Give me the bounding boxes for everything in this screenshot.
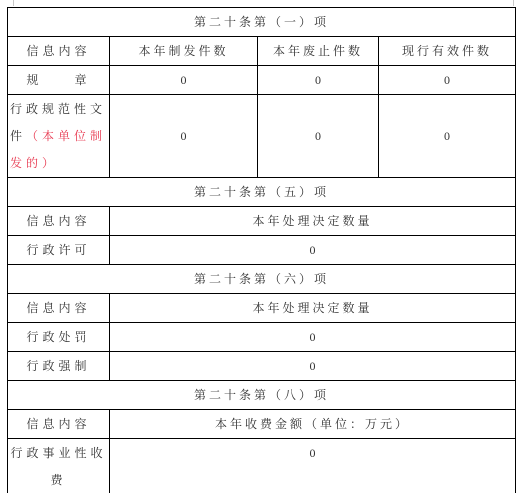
admin-penalty-value: 0 [110, 323, 516, 352]
section-title-1: 第二十条第（一）项 [8, 8, 516, 37]
header-valid-count: 现行有效件数 [379, 37, 516, 66]
regulations-valid: 0 [379, 66, 516, 95]
page-corner-mark-left [13, 0, 14, 6]
page-corner-mark-right [513, 0, 514, 6]
section-title-6: 第二十条第（六）项 [8, 265, 516, 294]
header-issued-count: 本年制发件数 [110, 37, 258, 66]
section-title-8: 第二十条第（八）项 [8, 381, 516, 410]
header-decision-count: 本年处理决定数量 [110, 207, 516, 236]
header-info-content: 信息内容 [8, 207, 110, 236]
disclosure-table: 第二十条第（一）项 信息内容 本年制发件数 本年废止件数 现行有效件数 规 章 … [7, 7, 516, 493]
header-info-content: 信息内容 [8, 37, 110, 66]
admin-fees-value: 0 [110, 439, 516, 493]
normative-docs-issued: 0 [110, 95, 258, 178]
regulations-issued: 0 [110, 66, 258, 95]
admin-license-value: 0 [110, 236, 516, 265]
row-label-admin-license: 行政许可 [8, 236, 110, 265]
header-info-content: 信息内容 [8, 410, 110, 439]
section-title-5: 第二十条第（五）项 [8, 178, 516, 207]
row-label-normative-docs: 行政规范性文件（本单位制发的） [8, 95, 110, 178]
row-label-admin-penalty: 行政处罚 [8, 323, 110, 352]
admin-enforcement-value: 0 [110, 352, 516, 381]
normative-docs-abolished: 0 [258, 95, 379, 178]
normative-docs-valid: 0 [379, 95, 516, 178]
header-abolished-count: 本年废止件数 [258, 37, 379, 66]
row-label-regulations: 规 章 [8, 66, 110, 95]
header-decision-count: 本年处理决定数量 [110, 294, 516, 323]
row-label-admin-fees: 行政事业性收费 [8, 439, 110, 493]
header-info-content: 信息内容 [8, 294, 110, 323]
row-label-admin-enforcement: 行政强制 [8, 352, 110, 381]
regulations-abolished: 0 [258, 66, 379, 95]
header-fee-amount: 本年收费金额（单位：万元） [110, 410, 516, 439]
